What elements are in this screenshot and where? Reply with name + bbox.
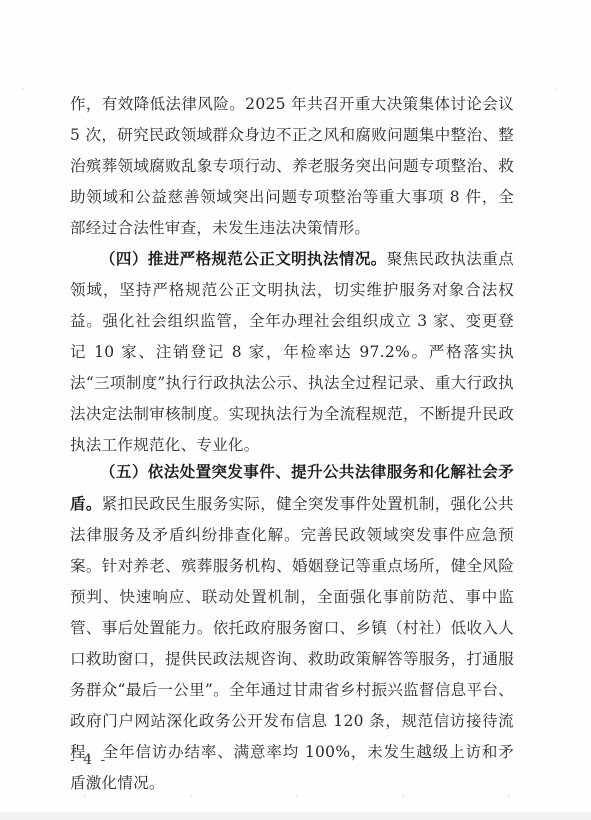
paragraph-text: 聚焦民政执法重点领域，坚持严格规范公正文明执法，切实维护服务对象合法权益。强化社…	[70, 250, 514, 454]
page-number: - 4 -	[70, 752, 107, 768]
paragraph-law-enforcement: （四）推进严格规范公正文明执法情况。聚焦民政执法重点领域，坚持严格规范公正文明执…	[70, 243, 514, 461]
page-edge	[0, 812, 591, 820]
scan-speck	[22, 88, 24, 90]
paragraph-text: 作，有效降低法律风险。2025 年共召开重大决策集体讨论会议 5 次，研究民政领…	[70, 95, 514, 237]
scan-speck	[508, 795, 510, 797]
paragraph-decision-review: 作，有效降低法律风险。2025 年共召开重大决策集体讨论会议 5 次，研究民政领…	[70, 89, 514, 244]
scan-speck	[556, 88, 558, 90]
paragraph-emergency-handling: （五）依法处置突发事件、提升公共法律服务和化解社会矛盾。紧扣民政民生服务实际，健…	[70, 456, 514, 799]
scan-speck	[402, 795, 404, 797]
scan-speck	[84, 795, 86, 797]
scan-speck	[190, 795, 192, 797]
section-heading-4: （四）推进严格规范公正文明执法情况。	[100, 249, 387, 268]
document-page: 作，有效降低法律风险。2025 年共召开重大决策集体讨论会议 5 次，研究民政领…	[0, 0, 591, 813]
scan-speck	[296, 795, 298, 797]
paragraph-text: 紧扣民政民生服务实际，健全突发事件处置机制，强化公共法律服务及矛盾纠纷排查化解。…	[70, 495, 514, 792]
